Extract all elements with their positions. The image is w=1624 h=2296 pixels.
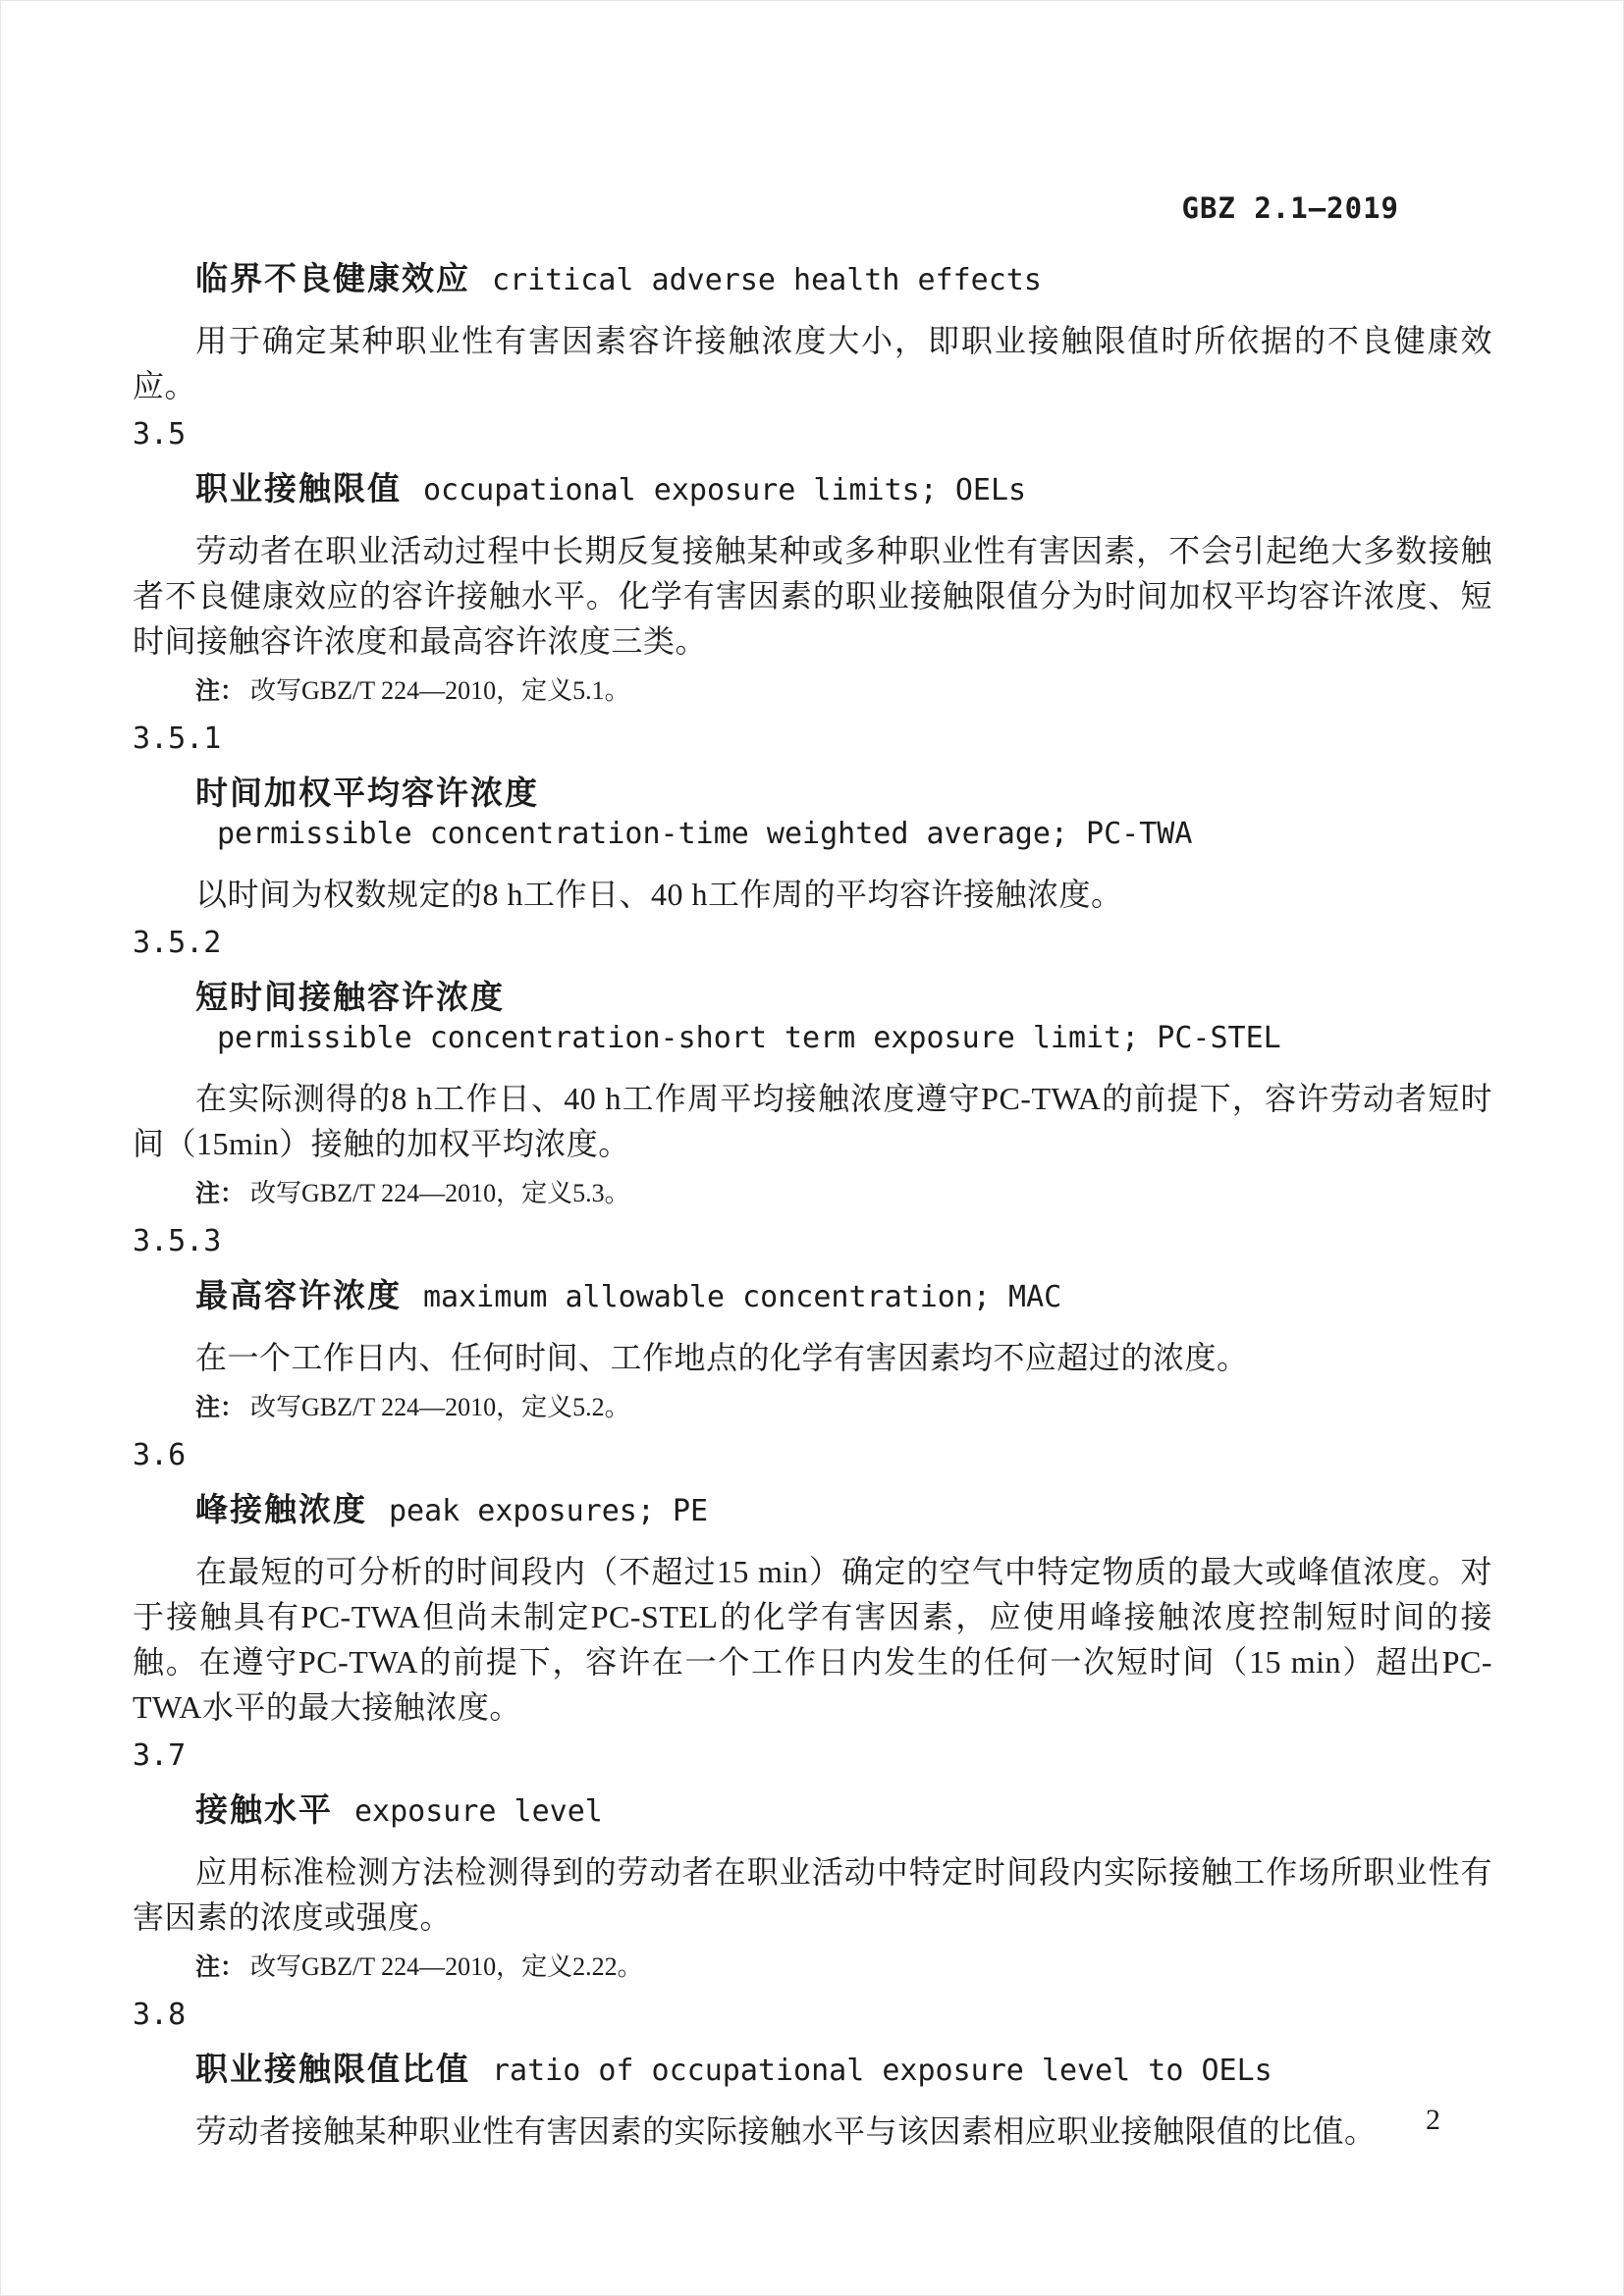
term-en: occupational exposure limits; OELs (423, 473, 1026, 507)
note-label: 注： (195, 1953, 244, 1981)
term-zh: 短时间接触容许浓度 (195, 979, 505, 1015)
paragraph: 应用标准检测方法检测得到的劳动者在职业活动中特定时间段内实际接触工作场所职业性有… (133, 1849, 1492, 1940)
section: 3.7 接触水平exposure level 应用标准检测方法检测得到的劳动者在… (133, 1737, 1492, 1987)
clause-number: 3.6 (133, 1437, 1492, 1474)
note: 注：改写GBZ/T 224—2010，定义5.2。 (195, 1388, 1492, 1427)
paragraph: 在最短的可分析的时间段内（不超过15 min）确定的空气中特定物质的最大或峰值浓… (133, 1549, 1492, 1730)
note-text: 改写GBZ/T 224—2010，定义2.22。 (250, 1952, 643, 1981)
section: 3.6 峰接触浓度peak exposures; PE 在最短的可分析的时间段内… (133, 1437, 1492, 1730)
document-page: GBZ 2.1—2019 临界不良健康效应critical adverse he… (0, 0, 1624, 2296)
section: 3.8 职业接触限值比值ratio of occupational exposu… (133, 1997, 1492, 2154)
term-zh: 接触水平 (195, 1791, 333, 1828)
clause-number: 3.8 (133, 1997, 1492, 2034)
standard-number-header: GBZ 2.1—2019 (133, 191, 1492, 226)
note: 注：改写GBZ/T 224—2010，定义5.1。 (195, 671, 1492, 711)
term-heading: 临界不良健康效应critical adverse health effects (133, 259, 1492, 300)
paragraph: 在一个工作日内、任何时间、工作地点的化学有害因素均不应超过的浓度。 (133, 1335, 1492, 1380)
section: 3.5.2 短时间接触容许浓度permissible concentration… (133, 925, 1492, 1213)
term-heading: 职业接触限值比值ratio of occupational exposure l… (133, 2050, 1492, 2091)
term-heading: 时间加权平均容许浓度permissible concentration-time… (133, 774, 1492, 854)
clause-number: 3.5.3 (133, 1223, 1492, 1260)
clause-number: 3.5.1 (133, 721, 1492, 758)
paragraph: 用于确定某种职业性有害因素容许接触浓度大小，即职业接触限值时所依据的不良健康效应… (133, 318, 1492, 408)
note: 注：改写GBZ/T 224—2010，定义2.22。 (195, 1948, 1492, 1987)
section: 3.5.1 时间加权平均容许浓度permissible concentratio… (133, 721, 1492, 917)
term-heading: 接触水平exposure level (133, 1790, 1492, 1832)
term-zh: 时间加权平均容许浓度 (195, 774, 539, 811)
term-zh: 最高容许浓度 (195, 1277, 402, 1313)
paragraph: 在实际测得的8 h工作日、40 h工作周平均接触浓度遵守PC-TWA的前提下，容… (133, 1076, 1492, 1166)
term-heading: 最高容许浓度maximum allowable concentration; M… (133, 1276, 1492, 1317)
term-en: permissible concentration-short term exp… (217, 1021, 1281, 1055)
term-zh: 职业接触限值 (195, 470, 402, 507)
term-zh: 职业接触限值比值 (195, 2051, 470, 2087)
term-en: exposure level (354, 1794, 603, 1829)
term-zh: 峰接触浓度 (195, 1491, 367, 1527)
note-label: 注： (195, 1394, 244, 1421)
note-text: 改写GBZ/T 224—2010，定义5.3。 (250, 1179, 630, 1207)
section: 临界不良健康效应critical adverse health effects … (133, 259, 1492, 408)
term-en: ratio of occupational exposure level to … (492, 2054, 1272, 2088)
note-text: 改写GBZ/T 224—2010，定义5.2。 (250, 1393, 630, 1421)
term-en: peak exposures; PE (389, 1494, 708, 1528)
note: 注：改写GBZ/T 224—2010，定义5.3。 (195, 1174, 1492, 1213)
note-label: 注： (195, 677, 244, 705)
clause-number: 3.5.2 (133, 925, 1492, 962)
note-text: 改写GBZ/T 224—2010，定义5.1。 (250, 676, 630, 705)
paragraph: 劳动者在职业活动过程中长期反复接触某种或多种职业性有害因素，不会引起绝大多数接触… (133, 528, 1492, 664)
term-heading: 职业接触限值occupational exposure limits; OELs (133, 469, 1492, 510)
clause-number: 3.7 (133, 1737, 1492, 1775)
note-label: 注： (195, 1180, 244, 1207)
term-heading: 峰接触浓度peak exposures; PE (133, 1490, 1492, 1531)
term-en: permissible concentration-time weighted … (217, 817, 1192, 851)
paragraph: 劳动者接触某种职业性有害因素的实际接触水平与该因素相应职业接触限值的比值。 (133, 2109, 1492, 2154)
section: 3.5.3 最高容许浓度maximum allowable concentrat… (133, 1223, 1492, 1427)
term-zh: 临界不良健康效应 (195, 260, 470, 296)
section: 3.5 职业接触限值occupational exposure limits; … (133, 416, 1492, 711)
page-number: 2 (1426, 2103, 1440, 2138)
clause-number: 3.5 (133, 416, 1492, 454)
term-en: critical adverse health effects (492, 263, 1042, 297)
term-heading: 短时间接触容许浓度permissible concentration-short… (133, 978, 1492, 1058)
term-en: maximum allowable concentration; MAC (423, 1280, 1061, 1314)
paragraph: 以时间为权数规定的8 h工作日、40 h工作周的平均容许接触浓度。 (133, 872, 1492, 917)
